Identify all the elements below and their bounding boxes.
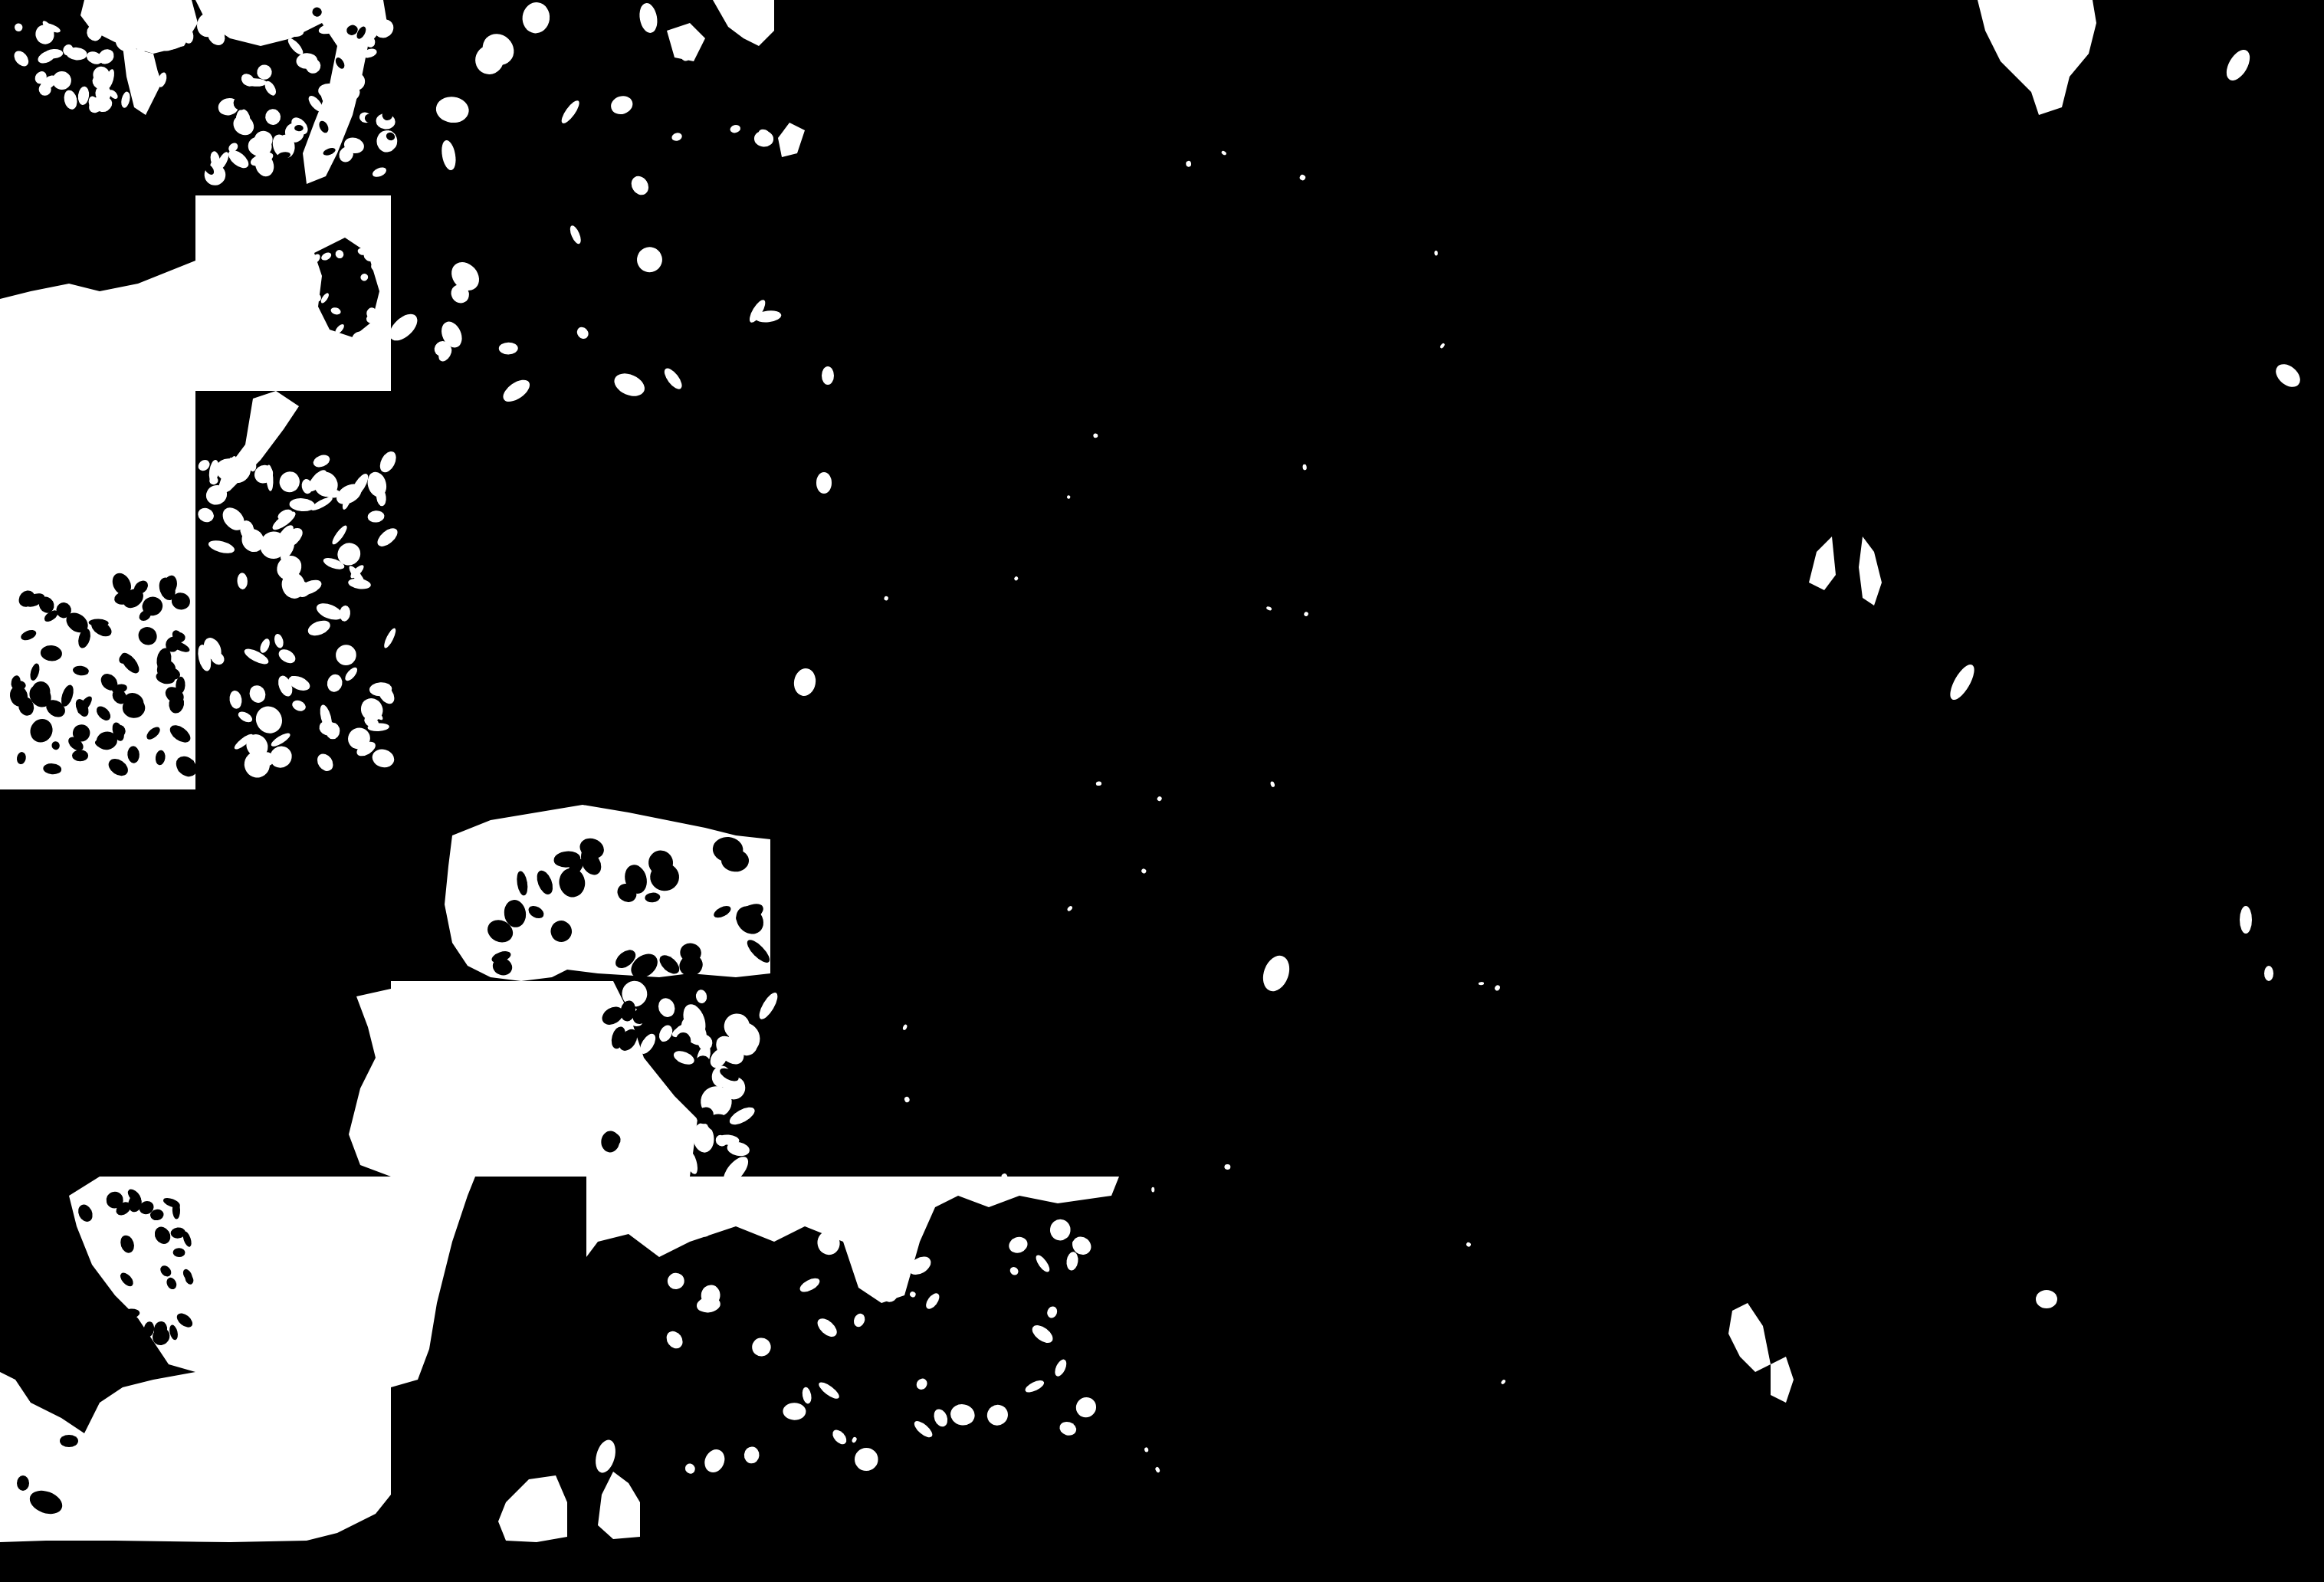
segmentation-mask [0,0,2324,1582]
